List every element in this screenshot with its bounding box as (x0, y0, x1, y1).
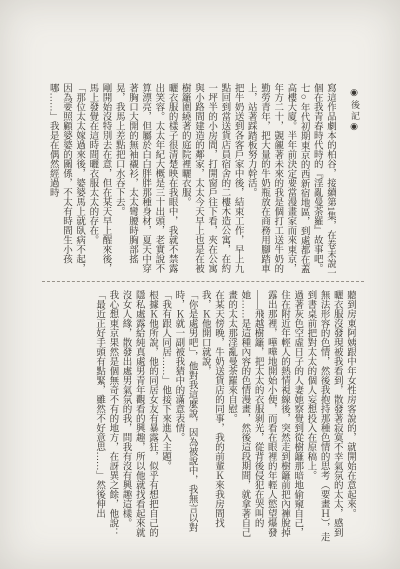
paragraph: 曬衣服的樣子很清楚映在我眼中，我就不禁露出笑容。太太年紀大概是三十出頭，老實說不… (112, 83, 178, 279)
book-page: ◉後記◉ 寫這作品劇本的柏谷，接續第1集，在卷末說一個在我青春時代時的『淫亂曼荼… (0, 0, 400, 569)
afterword-top-section: 寫這作品劇本的柏谷，接續第1集，在卷末說一個在我青春時代時的『淫亂曼荼羅』故事吧… (44, 83, 336, 279)
paragraph: 七○年代初期東京的西新宿地區，到處都在蓋高樓大廈。半年前決定要當漫畫家而來東京，… (244, 83, 310, 279)
paragraph: 在某天傍晚，牛奶送貨店的同事，我的前輩Ｋ來我房間找我，Ｋ他開口就說， (198, 290, 224, 544)
paragraph: 聽到房東阿姨跟中年女性房客說的，就開始在意起來。 (343, 290, 356, 544)
paragraph: 寫這作品劇本的柏谷，接續第1集，在卷末說一個在我青春時代時的『淫亂曼荼羅』故事吧… (310, 83, 336, 279)
running-header-afterword: ◉後記◉ (349, 88, 362, 134)
paragraph: 過著灰色空虛日子的人妻她察覺到從樹籬那暗地偷窺自己，住在附近年輕人的熱情視線後，… (224, 290, 303, 544)
paragraph: 把牛奶送到各客戶家中後，結束工作，早上九點回到當送貨店員宿舍的二樓木造公寓，在約… (178, 83, 244, 279)
paragraph: 「我有跟人同居……」他接下來進入主題。 (158, 290, 171, 544)
paragraph: 曬衣服沒發現被我看到，散發著寂寞不幸氣氛的太太，感到無法形容的色情，然後我抱持那… (303, 290, 343, 544)
paragraph: 根據Ｋ他所說，他的同居女友有暴露狂，似乎有想把自己的隱私處露給純真處男青年觀看的… (118, 290, 158, 544)
section-divider-dashed (42, 281, 364, 282)
paragraph: 剛開始沒特別去在意，但在某天早上醒來後，馬上發覺在這時間曬衣服太太的存在。 (85, 83, 111, 279)
paragraph: 「那位太太嫁過來後，婆婆馬上就臥病不起，因為要照顧婆婆的關係，不太有時間生小孩哪… (46, 83, 86, 279)
paragraph: 我心想東京果然是個無奇不有的地方，在訝異之餘，他說：「最近正好手頭有點緊，雖然不… (92, 290, 118, 544)
afterword-bottom-section: 聽到房東阿姨跟中年女性房客說的，就開始在意起來。 曬衣服沒發現被我看到，散發著寂… (40, 290, 356, 544)
paragraph: 「你是處男吧」，他對我這麼說，因為被說中，我無言以對時，Ｋ就一副被我猜中的滿意表… (171, 290, 197, 544)
